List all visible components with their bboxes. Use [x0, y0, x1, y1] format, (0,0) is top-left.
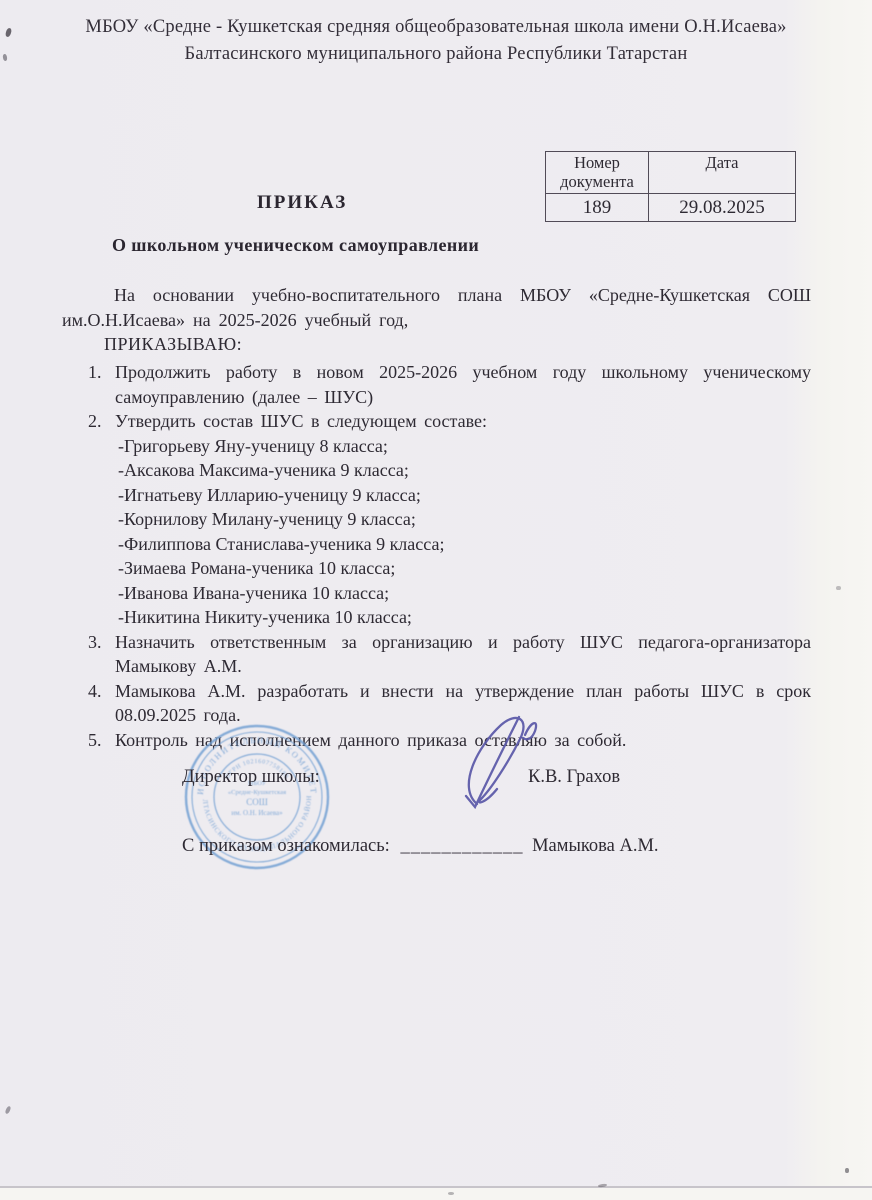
acknowledgement-line: С приказом ознакомилась: ____________ Ма…	[182, 836, 659, 857]
order-item-2: 2. Утвердить состав ШУС в следующем сост…	[62, 409, 811, 434]
order-item-number: 2.	[88, 409, 102, 434]
table-header-row: Номер документа Дата	[546, 152, 796, 194]
member-list-item: -Игнатьеву Илларию-ученицу 9 класса;	[62, 483, 811, 508]
member-list-item: -Григорьеву Яну-ученицу 8 класса;	[62, 434, 811, 459]
stamp-center-line-3: СОШ	[246, 797, 268, 807]
scan-artifact	[448, 1192, 454, 1195]
order-item-3: 3. Назначить ответственным за организаци…	[62, 630, 811, 679]
document-info-table: Номер документа Дата 189 29.08.2025	[545, 151, 796, 222]
doc-number-header-cell: Номер документа	[546, 152, 649, 194]
order-items-list: 1. Продолжить работу в новом 2025-2026 у…	[62, 360, 811, 752]
acknowledgement-name: Мамыкова А.М.	[532, 836, 658, 856]
order-item-text: Продолжить работу в новом 2025-2026 учеб…	[115, 362, 811, 407]
order-item-1: 1. Продолжить работу в новом 2025-2026 у…	[62, 360, 811, 409]
organization-header: МБОУ «Средне - Кушкетская средняя общеоб…	[0, 14, 872, 68]
director-name: К.В. Грахов	[528, 767, 620, 788]
doc-date-header-cell: Дата	[649, 152, 796, 194]
doc-date-value-cell: 29.08.2025	[649, 194, 796, 222]
member-list-item: -Корнилову Милану-ученицу 9 класса;	[62, 507, 811, 532]
doc-number-value-cell: 189	[546, 194, 649, 222]
organization-name-line2: Балтасинского муниципального района Респ…	[0, 41, 872, 68]
member-list-item: -Филиппова Станислава-ученика 9 класса;	[62, 532, 811, 557]
member-list-item: -Никитина Никиту-ученика 10 класса;	[62, 605, 811, 630]
scanned-document-page: МБОУ «Средне - Кушкетская средняя общеоб…	[0, 0, 872, 1200]
director-label: Директор школы:	[182, 767, 320, 788]
order-preamble: На основании учебно-воспитательного план…	[62, 283, 811, 333]
scan-artifact	[836, 586, 841, 590]
scan-bottom-edge	[0, 1186, 872, 1200]
scan-artifact	[4, 1106, 11, 1115]
stamp-center-line-2: «Средне-Кушкетская	[228, 789, 286, 796]
order-item-text: Назначить ответственным за организацию и…	[115, 632, 811, 677]
member-list-item: -Аксакова Максима-ученика 9 класса;	[62, 458, 811, 483]
order-item-number: 1.	[88, 360, 102, 385]
order-item-5: 5. Контроль над исполнением данного прик…	[62, 728, 811, 753]
order-subject: О школьном ученическом самоуправлении	[112, 235, 479, 256]
acknowledgement-label: С приказом ознакомилась:	[182, 836, 390, 856]
member-list-item: -Зимаева Романа-ученика 10 класса;	[62, 556, 811, 581]
acknowledgement-blank-line: ____________	[400, 836, 523, 856]
order-item-number: 5.	[88, 728, 102, 753]
order-item-text: Утвердить состав ШУС в следующем составе…	[115, 411, 487, 431]
order-item-number: 4.	[88, 679, 102, 704]
table-value-row: 189 29.08.2025	[546, 194, 796, 222]
scan-artifact	[845, 1168, 849, 1173]
director-signature-icon	[451, 711, 563, 817]
order-item-number: 3.	[88, 630, 102, 655]
stamp-center-line-4: им. О.Н. Исаева»	[231, 809, 283, 817]
order-title: ПРИКАЗ	[257, 192, 347, 214]
organization-name-line1: МБОУ «Средне - Кушкетская средняя общеоб…	[0, 14, 872, 41]
member-list-item: -Иванова Ивана-ученика 10 класса;	[62, 581, 811, 606]
order-directive: ПРИКАЗЫВАЮ:	[104, 334, 242, 355]
order-item-4: 4. Мамыкова А.М. разработать и внести на…	[62, 679, 811, 728]
